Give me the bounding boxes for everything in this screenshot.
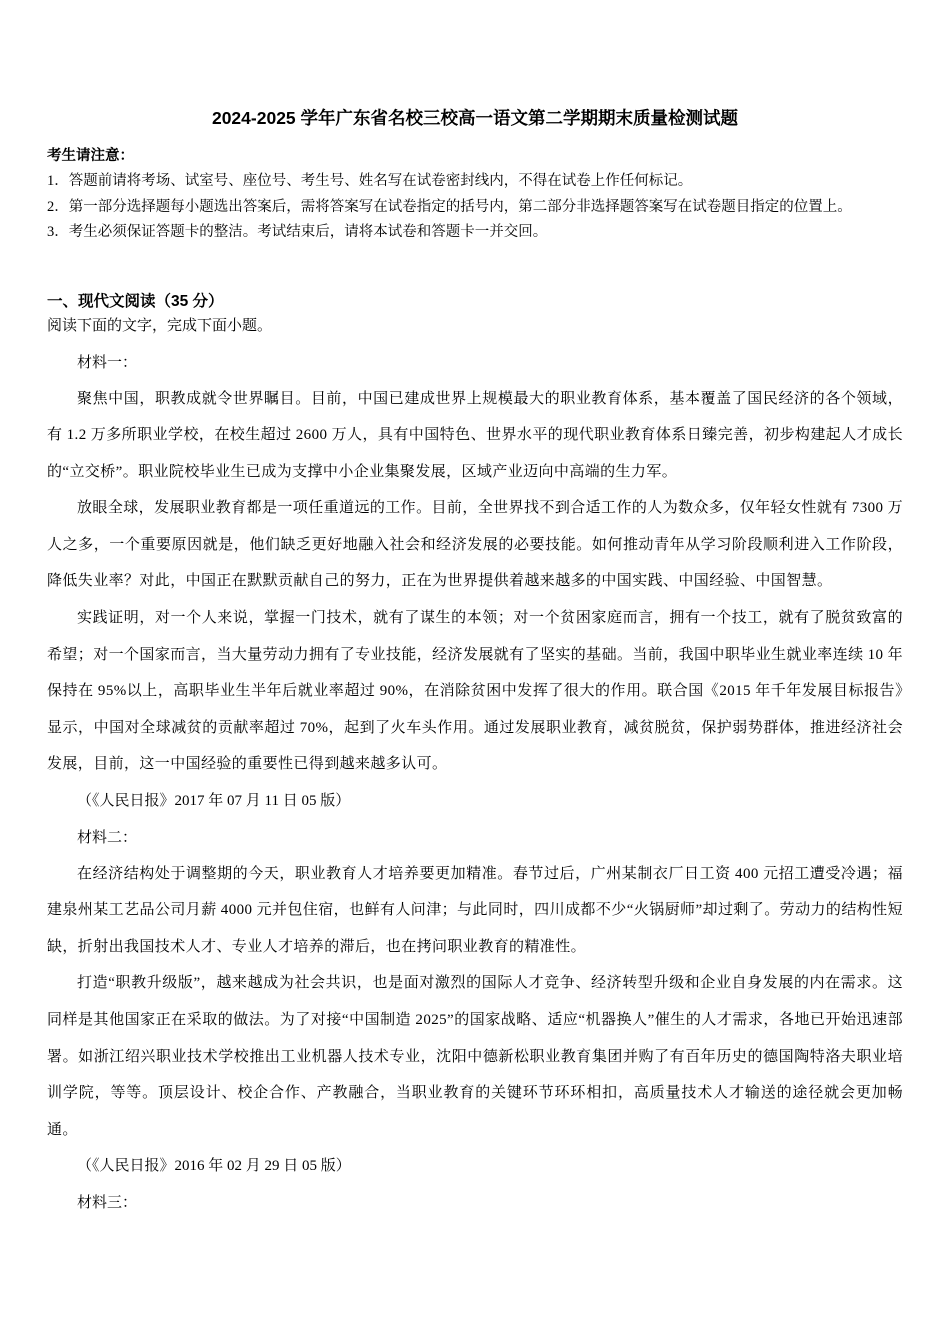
reading-intro: 阅读下面的文字，完成下面小题。 — [47, 314, 903, 339]
notice-item-1: 1．答题前请将考场、试室号、座位号、考生号、姓名写在试卷密封线内，不得在试卷上作… — [47, 169, 903, 195]
exam-document-page: 2024-2025 学年广东省名校三校高一语文第二学期期末质量检测试题 考生请注… — [0, 0, 950, 1344]
material-two-paragraph-1: 在经济结构处于调整期的今天，职业教育人才培养要更加精准。春节过后，广州某制衣厂日… — [47, 856, 903, 966]
notice-heading: 考生请注意： — [47, 144, 903, 169]
material-two-source: （《人民日报》2016 年 02 月 29 日 05 版） — [47, 1148, 903, 1185]
notice-item-2: 2．第一部分选择题每小题选出答案后，需将答案写在试卷指定的括号内，第二部分非选择… — [47, 195, 903, 221]
material-one-label: 材料一： — [47, 345, 903, 381]
material-two: 材料二： 在经济结构处于调整期的今天，职业教育人才培养要更加精准。春节过后，广州… — [47, 820, 903, 1185]
material-three-label: 材料三： — [47, 1185, 903, 1221]
candidate-notice: 考生请注意： 1．答题前请将考场、试室号、座位号、考生号、姓名写在试卷密封线内，… — [47, 144, 903, 246]
notice-item-3: 3．考生必须保证答题卡的整洁。考试结束后，请将本试卷和答题卡一并交回。 — [47, 220, 903, 246]
material-two-paragraph-2: 打造“职教升级版”，越来越成为社会共识，也是面对激烈的国际人才竞争、经济转型升级… — [47, 965, 903, 1148]
exam-title: 2024-2025 学年广东省名校三校高一语文第二学期期末质量检测试题 — [47, 106, 903, 130]
material-one-source: （《人民日报》2017 年 07 月 11 日 05 版） — [47, 783, 903, 820]
material-one-paragraph-2: 放眼全球，发展职业教育都是一项任重道远的工作。目前，全世界找不到合适工作的人为数… — [47, 490, 903, 600]
material-one: 材料一： 聚焦中国，职教成就令世界瞩目。目前，中国已建成世界上规模最大的职业教育… — [47, 345, 903, 820]
section-one-heading: 一、现代文阅读（35 分） — [47, 290, 903, 314]
material-three: 材料三： — [47, 1185, 903, 1221]
material-one-paragraph-3: 实践证明，对一个人来说，掌握一门技术，就有了谋生的本领；对一个贫困家庭而言，拥有… — [47, 600, 903, 783]
material-two-label: 材料二： — [47, 820, 903, 856]
material-one-paragraph-1: 聚焦中国，职教成就令世界瞩目。目前，中国已建成世界上规模最大的职业教育体系，基本… — [47, 381, 903, 491]
section-modern-text-reading: 一、现代文阅读（35 分） 阅读下面的文字，完成下面小题。 材料一： 聚焦中国，… — [47, 290, 903, 1221]
